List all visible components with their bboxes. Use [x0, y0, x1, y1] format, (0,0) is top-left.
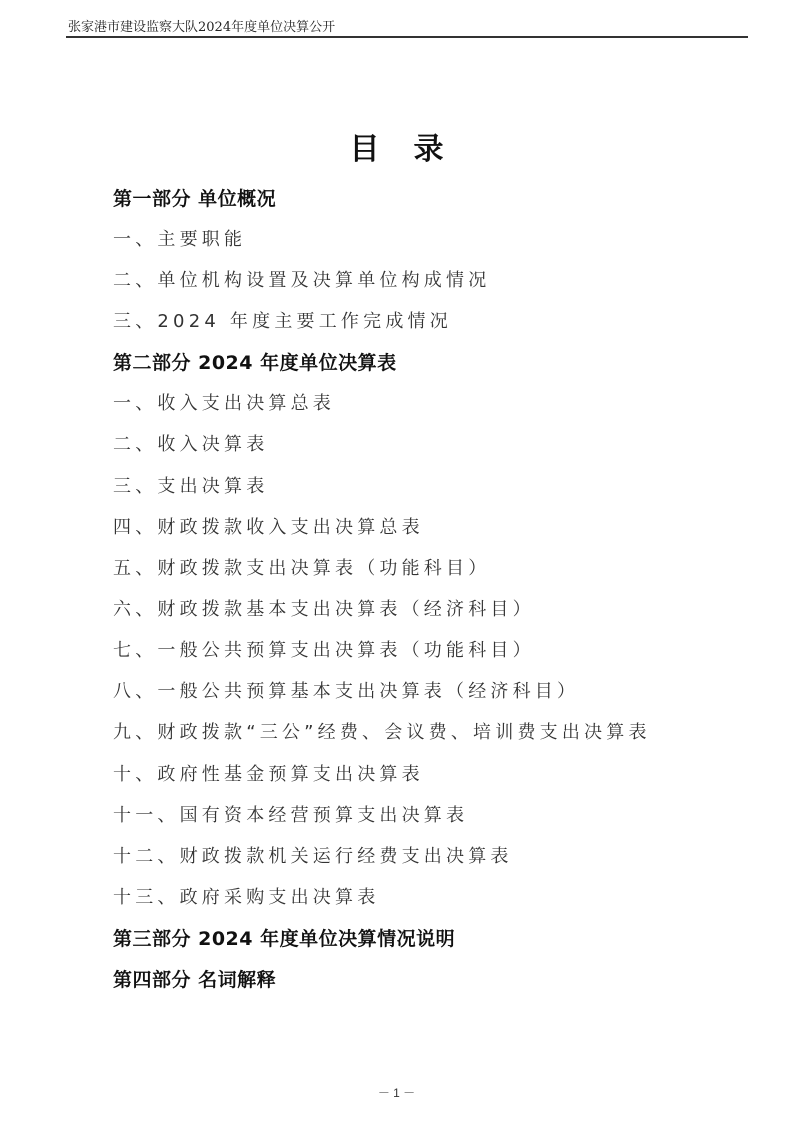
- header-title: 张家港市建设监察大队2024年度单位决算公开: [68, 16, 335, 35]
- toc-part-heading[interactable]: 第二部分 2024 年度单位决算表: [113, 348, 397, 378]
- page-title: 目录: [0, 124, 793, 168]
- page-header: 张家港市建设监察大队2024年度单位决算公开: [66, 14, 748, 38]
- toc-item[interactable]: 八、一般公共预算基本支出决算表（经济科目）: [113, 677, 579, 707]
- toc-item[interactable]: 十、政府性基金预算支出决算表: [113, 760, 424, 790]
- toc-item[interactable]: 六、财政拨款基本支出决算表（经济科目）: [113, 595, 535, 625]
- toc-item[interactable]: 二、收入决算表: [113, 430, 268, 460]
- toc-item[interactable]: 九、财政拨款“三公”经费、会议费、培训费支出决算表: [113, 718, 651, 748]
- toc-item[interactable]: 十一、国有资本经营预算支出决算表: [113, 801, 468, 831]
- toc-item[interactable]: 二、单位机构设置及决算单位构成情况: [113, 266, 490, 296]
- toc-item[interactable]: 一、主要职能: [113, 225, 246, 255]
- toc-item[interactable]: 三、2024 年度主要工作完成情况: [113, 307, 452, 337]
- toc-item[interactable]: 十三、政府采购支出决算表: [113, 883, 379, 913]
- toc-item[interactable]: 四、财政拨款收入支出决算总表: [113, 513, 424, 543]
- toc-part-heading[interactable]: 第三部分 2024 年度单位决算情况说明: [113, 924, 455, 954]
- toc-part-heading[interactable]: 第四部分 名词解释: [113, 965, 276, 995]
- toc-item[interactable]: 七、一般公共预算支出决算表（功能科目）: [113, 636, 535, 666]
- toc-item[interactable]: 三、支出决算表: [113, 472, 268, 502]
- page-number: － 1 －: [0, 1084, 793, 1101]
- toc-item[interactable]: 五、财政拨款支出决算表（功能科目）: [113, 554, 490, 584]
- toc-part-heading[interactable]: 第一部分 单位概况: [113, 184, 276, 214]
- toc-item[interactable]: 一、收入支出决算总表: [113, 389, 335, 419]
- toc-item[interactable]: 十二、财政拨款机关运行经费支出决算表: [113, 842, 513, 872]
